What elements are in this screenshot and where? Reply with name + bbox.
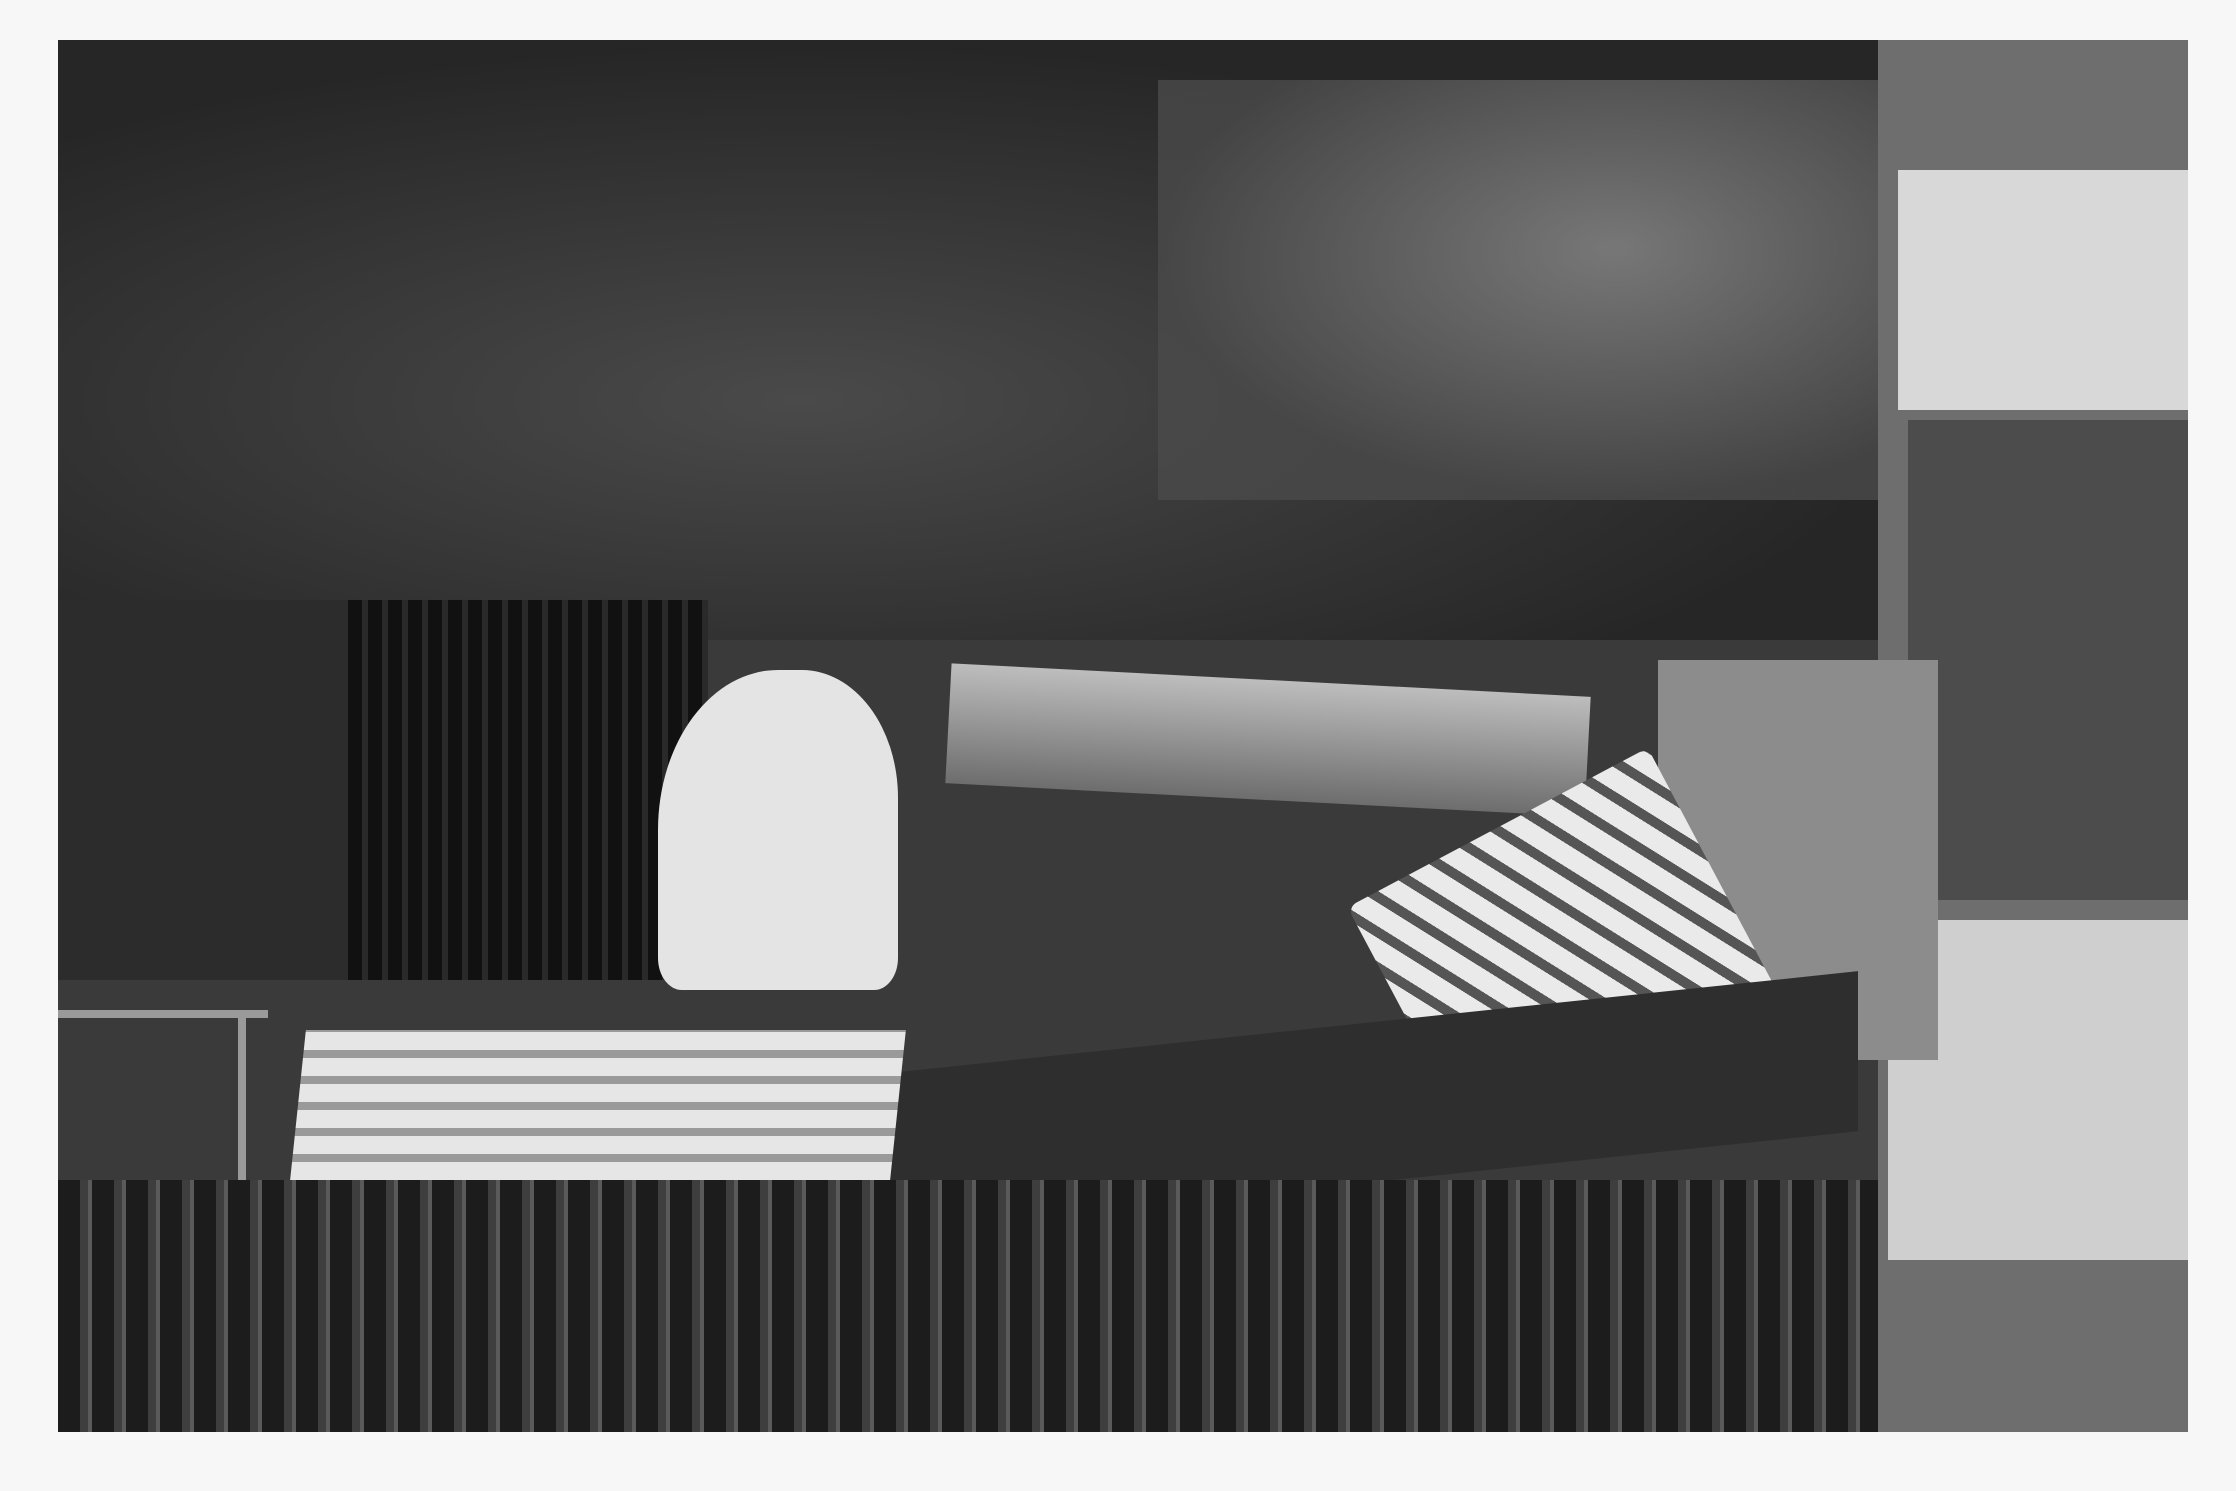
gravel-ground bbox=[58, 600, 358, 980]
white-stone-fragment bbox=[658, 670, 898, 990]
railing-post bbox=[238, 1010, 246, 1200]
lit-vegetation bbox=[1158, 80, 1918, 500]
foreground-rubble bbox=[58, 1180, 1878, 1432]
cornice-fragment bbox=[290, 1030, 906, 1180]
fallen-slab bbox=[945, 663, 1590, 816]
railing-bar bbox=[58, 1010, 268, 1018]
photograph bbox=[58, 40, 2188, 1432]
wall-block-upper bbox=[1898, 170, 2188, 410]
wall-shadow bbox=[1908, 420, 2188, 900]
metal-grate bbox=[348, 600, 708, 980]
